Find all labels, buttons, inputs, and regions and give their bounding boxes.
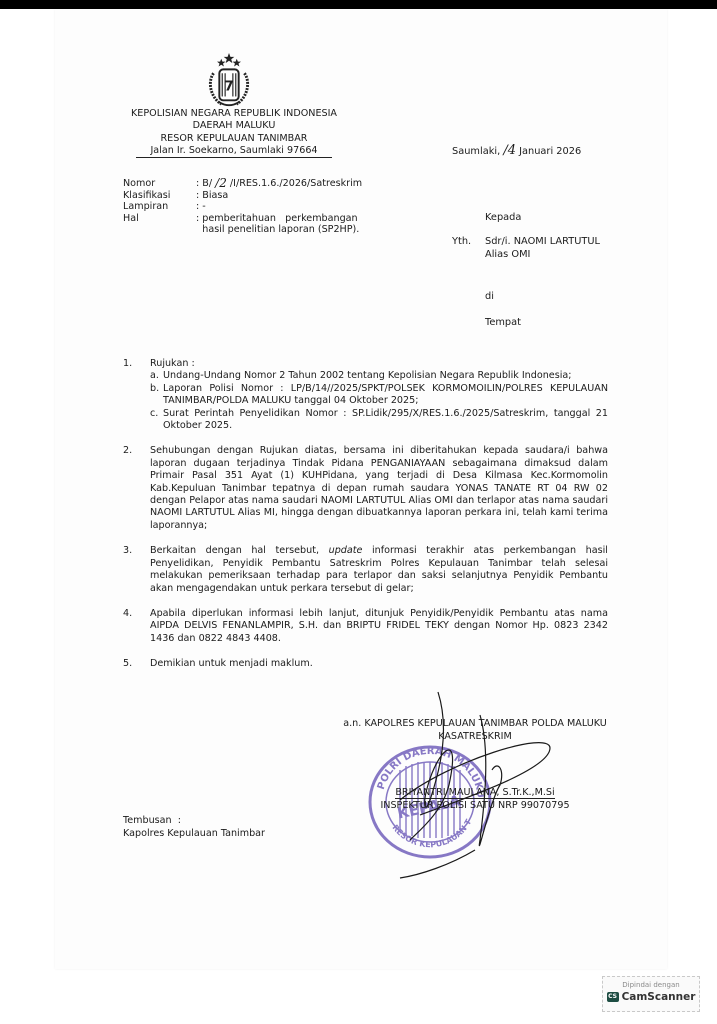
handwritten-number: /2 bbox=[215, 178, 227, 190]
sub-letter: a. bbox=[150, 370, 163, 382]
text-italic: update bbox=[329, 545, 363, 556]
police-emblem-icon: 7 bbox=[200, 52, 258, 110]
recipient-yth-row: Yth. Sdr/i. NAOMI LARTUTUL Alias OMI bbox=[452, 236, 600, 261]
place: Saumlaki, bbox=[452, 146, 503, 157]
tembusan-label: Tembusan : bbox=[123, 815, 265, 828]
carbon-copy: Tembusan : Kapolres Kepulauan Tanimbar bbox=[123, 815, 265, 840]
meta-value: pemberitahuan perkembangan hasil penelit… bbox=[202, 213, 359, 236]
recipient-tempat: Tempat bbox=[452, 317, 600, 329]
letterhead-address: Jalan Ir. Soekarno, Saumlaki 97664 bbox=[136, 145, 331, 158]
watermark-caption: Dipindai dengan bbox=[603, 981, 699, 989]
meta-value: - bbox=[202, 201, 205, 213]
handwritten-signature-icon bbox=[380, 690, 630, 880]
watermark-brand-row: CS CamScanner bbox=[603, 991, 699, 1003]
recipient-di: di bbox=[452, 291, 600, 303]
meta-value: B/ bbox=[202, 178, 215, 190]
sub-item-a: a.Undang-Undang Nomor 2 Tahun 2002 tenta… bbox=[150, 370, 608, 382]
item-number: 2. bbox=[123, 445, 150, 532]
meta-label: Nomor bbox=[123, 178, 196, 190]
body-item-4: 4. Apabila diperlukan informasi lebih la… bbox=[123, 608, 608, 645]
sub-text: Undang-Undang Nomor 2 Tahun 2002 tentang… bbox=[163, 370, 571, 382]
sub-text: Surat Perintah Penyelidikan Nomor : SP.L… bbox=[163, 408, 608, 433]
item-text-block: Rujukan : a.Undang-Undang Nomor 2 Tahun … bbox=[150, 358, 608, 432]
meta-label: Lampiran bbox=[123, 201, 196, 213]
recipient-alias: Alias OMI bbox=[485, 249, 530, 260]
handwritten-day: /4 bbox=[503, 143, 516, 158]
sub-text: Laporan Polisi Nomor : LP/B/14//2025/SPK… bbox=[163, 383, 608, 408]
letter-meta: Nomor : B/ /2 /I/RES.1.6./2026/Satreskri… bbox=[123, 178, 362, 236]
meta-label: Klasifikasi bbox=[123, 190, 196, 202]
body-item-5: 5. Demikian untuk menjadi maklum. bbox=[123, 658, 608, 670]
camscanner-logo-icon: CS bbox=[607, 992, 619, 1002]
item-text: Demikian untuk menjadi maklum. bbox=[150, 658, 608, 670]
text-part: Berkaitan dengan hal tersebut, bbox=[150, 545, 329, 556]
sub-letter: b. bbox=[150, 383, 163, 408]
item-number: 5. bbox=[123, 658, 150, 670]
hal-line1: pemberitahuan perkembangan bbox=[202, 213, 357, 224]
meta-row-lampiran: Lampiran : - bbox=[123, 201, 362, 213]
body-item-1: 1. Rujukan : a.Undang-Undang Nomor 2 Tah… bbox=[123, 358, 608, 432]
item-text: Apabila diperlukan informasi lebih lanju… bbox=[150, 608, 608, 645]
item-number: 3. bbox=[123, 545, 150, 595]
sub-letter: c. bbox=[150, 408, 163, 433]
letterhead-line2: DAERAH MALUKU bbox=[120, 120, 348, 132]
top-black-bar bbox=[0, 0, 717, 9]
meta-value-cont: /I/RES.1.6./2026/Satreskrim bbox=[227, 178, 362, 190]
meta-row-klasifikasi: Klasifikasi : Biasa bbox=[123, 190, 362, 202]
item-text: Sehubungan dengan Rujukan diatas, bersam… bbox=[150, 445, 608, 532]
recipient-name-block: Sdr/i. NAOMI LARTUTUL Alias OMI bbox=[485, 236, 600, 261]
month-year: Januari 2026 bbox=[516, 146, 581, 157]
recipient-kepada: Kepada bbox=[452, 212, 600, 224]
body-item-2: 2. Sehubungan dengan Rujukan diatas, ber… bbox=[123, 445, 608, 532]
sub-item-c: c.Surat Perintah Penyelidikan Nomor : SP… bbox=[150, 408, 608, 433]
recipient-name: Sdr/i. NAOMI LARTUTUL bbox=[485, 236, 600, 247]
meta-label: Hal bbox=[123, 213, 196, 236]
letter-body: 1. Rujukan : a.Undang-Undang Nomor 2 Tah… bbox=[123, 358, 608, 684]
meta-row-nomor: Nomor : B/ /2 /I/RES.1.6./2026/Satreskri… bbox=[123, 178, 362, 190]
item-text: Rujukan : bbox=[150, 358, 608, 370]
hal-line2: hasil penelitian laporan (SP2HP). bbox=[202, 224, 359, 235]
item-number: 4. bbox=[123, 608, 150, 645]
body-item-3: 3. Berkaitan dengan hal tersebut, update… bbox=[123, 545, 608, 595]
meta-value: Biasa bbox=[202, 190, 228, 202]
recipient-yth: Yth. bbox=[452, 236, 485, 261]
place-date: Saumlaki, /4 Januari 2026 bbox=[452, 145, 581, 159]
item-text: Berkaitan dengan hal tersebut, update in… bbox=[150, 545, 608, 595]
letterhead-line1: KEPOLISIAN NEGARA REPUBLIK INDONESIA bbox=[120, 108, 348, 120]
camscanner-watermark: Dipindai dengan CS CamScanner bbox=[602, 976, 700, 1012]
recipient-block: Kepada Yth. Sdr/i. NAOMI LARTUTUL Alias … bbox=[452, 212, 600, 329]
letterhead: KEPOLISIAN NEGARA REPUBLIK INDONESIA DAE… bbox=[120, 108, 348, 158]
item-number: 1. bbox=[123, 358, 150, 432]
watermark-brand: CamScanner bbox=[622, 991, 696, 1003]
meta-row-hal: Hal : pemberitahuan perkembangan hasil p… bbox=[123, 213, 362, 236]
letterhead-line3: RESOR KEPULAUAN TANIMBAR bbox=[120, 133, 348, 145]
sub-item-b: b.Laporan Polisi Nomor : LP/B/14//2025/S… bbox=[150, 383, 608, 408]
svg-text:7: 7 bbox=[224, 79, 233, 95]
tembusan-item: Kapolres Kepulauan Tanimbar bbox=[123, 828, 265, 841]
